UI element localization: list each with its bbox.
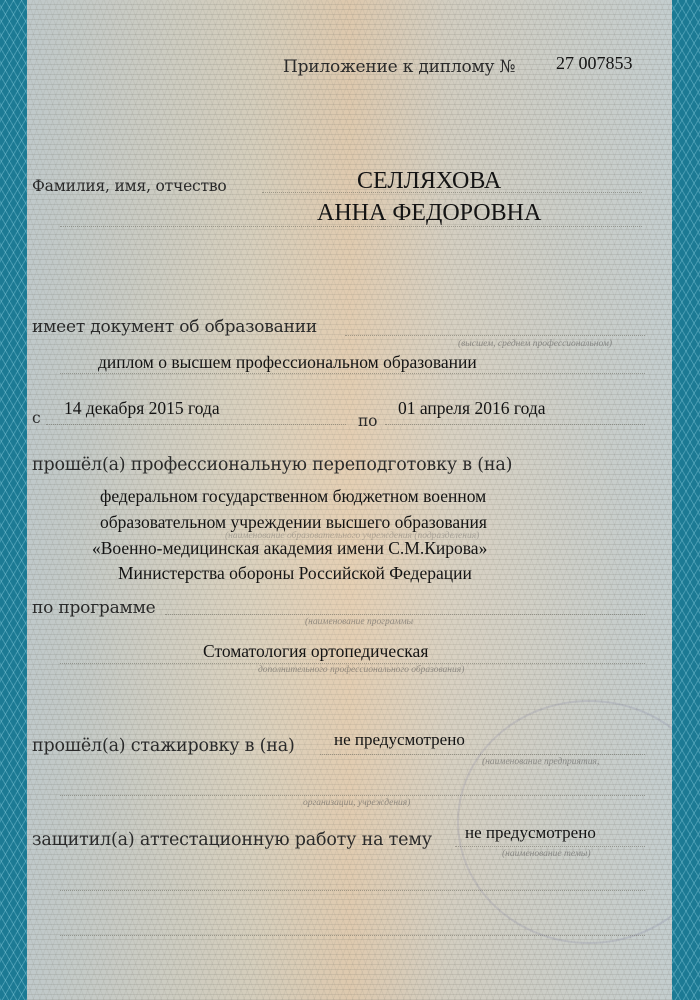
education-value: диплом о высшем профессиональном образов… <box>98 352 477 373</box>
left-decorative-border <box>0 0 27 1000</box>
education-label: имеет документ об образовании <box>32 317 317 337</box>
period-from-label: с <box>32 409 40 427</box>
period-to-label: по <box>358 412 377 430</box>
full-name-label: Фамилия, имя, отчество <box>32 177 227 195</box>
supplement-label: Приложение к диплому № <box>283 57 515 77</box>
education-hint: (высшем, среднем профессиональном) <box>458 339 612 349</box>
surname-value: СЕЛЛЯХОВА <box>357 168 501 195</box>
faint-stamp-mark <box>457 700 672 944</box>
thesis-label: защитил(а) аттестационную работу на тему <box>32 830 432 850</box>
thesis-line <box>455 846 645 847</box>
internship-value: не предусмотрено <box>334 730 465 750</box>
program-hint-top: (наименование программы <box>305 617 413 627</box>
given-names-value: АННА ФЕДОРОВНА <box>317 200 541 227</box>
program-line <box>165 614 645 615</box>
period-to-value: 01 апреля 2016 года <box>398 398 546 419</box>
right-decorative-border <box>672 0 700 1000</box>
thesis-line-3 <box>60 935 645 936</box>
period-from-value: 14 декабря 2015 года <box>64 398 220 419</box>
diploma-number: 27 007853 <box>556 53 633 74</box>
retraining-label: прошёл(а) профессиональную переподготовк… <box>32 455 512 475</box>
internship-line <box>320 754 645 755</box>
internship-hint-1: (наименование предприятия, <box>482 757 599 767</box>
education-value-line <box>60 373 645 374</box>
period-from-line <box>46 424 346 425</box>
program-value-line <box>60 663 645 664</box>
program-value: Стоматология ортопедическая <box>203 641 428 662</box>
thesis-line-2 <box>60 890 645 891</box>
institution-line-2: образовательном учреждении высшего образ… <box>100 512 487 533</box>
internship-line-2 <box>60 795 645 796</box>
institution-line-1: федеральном государственном бюджетном во… <box>100 486 486 507</box>
institution-line-3: «Военно-медицинская академия имени С.М.К… <box>92 538 487 559</box>
education-line <box>345 335 645 336</box>
program-hint-bottom: дополнительного профессионального образо… <box>258 665 464 675</box>
program-label: по программе <box>32 598 155 618</box>
internship-hint-2: организации, учреждения) <box>303 798 410 808</box>
institution-line-4: Министерства обороны Российской Федераци… <box>118 563 472 584</box>
thesis-hint: (наименование темы) <box>502 849 590 859</box>
internship-label: прошёл(а) стажировку в (на) <box>32 736 295 756</box>
thesis-value: не предусмотрено <box>465 823 596 843</box>
period-to-line <box>385 424 645 425</box>
